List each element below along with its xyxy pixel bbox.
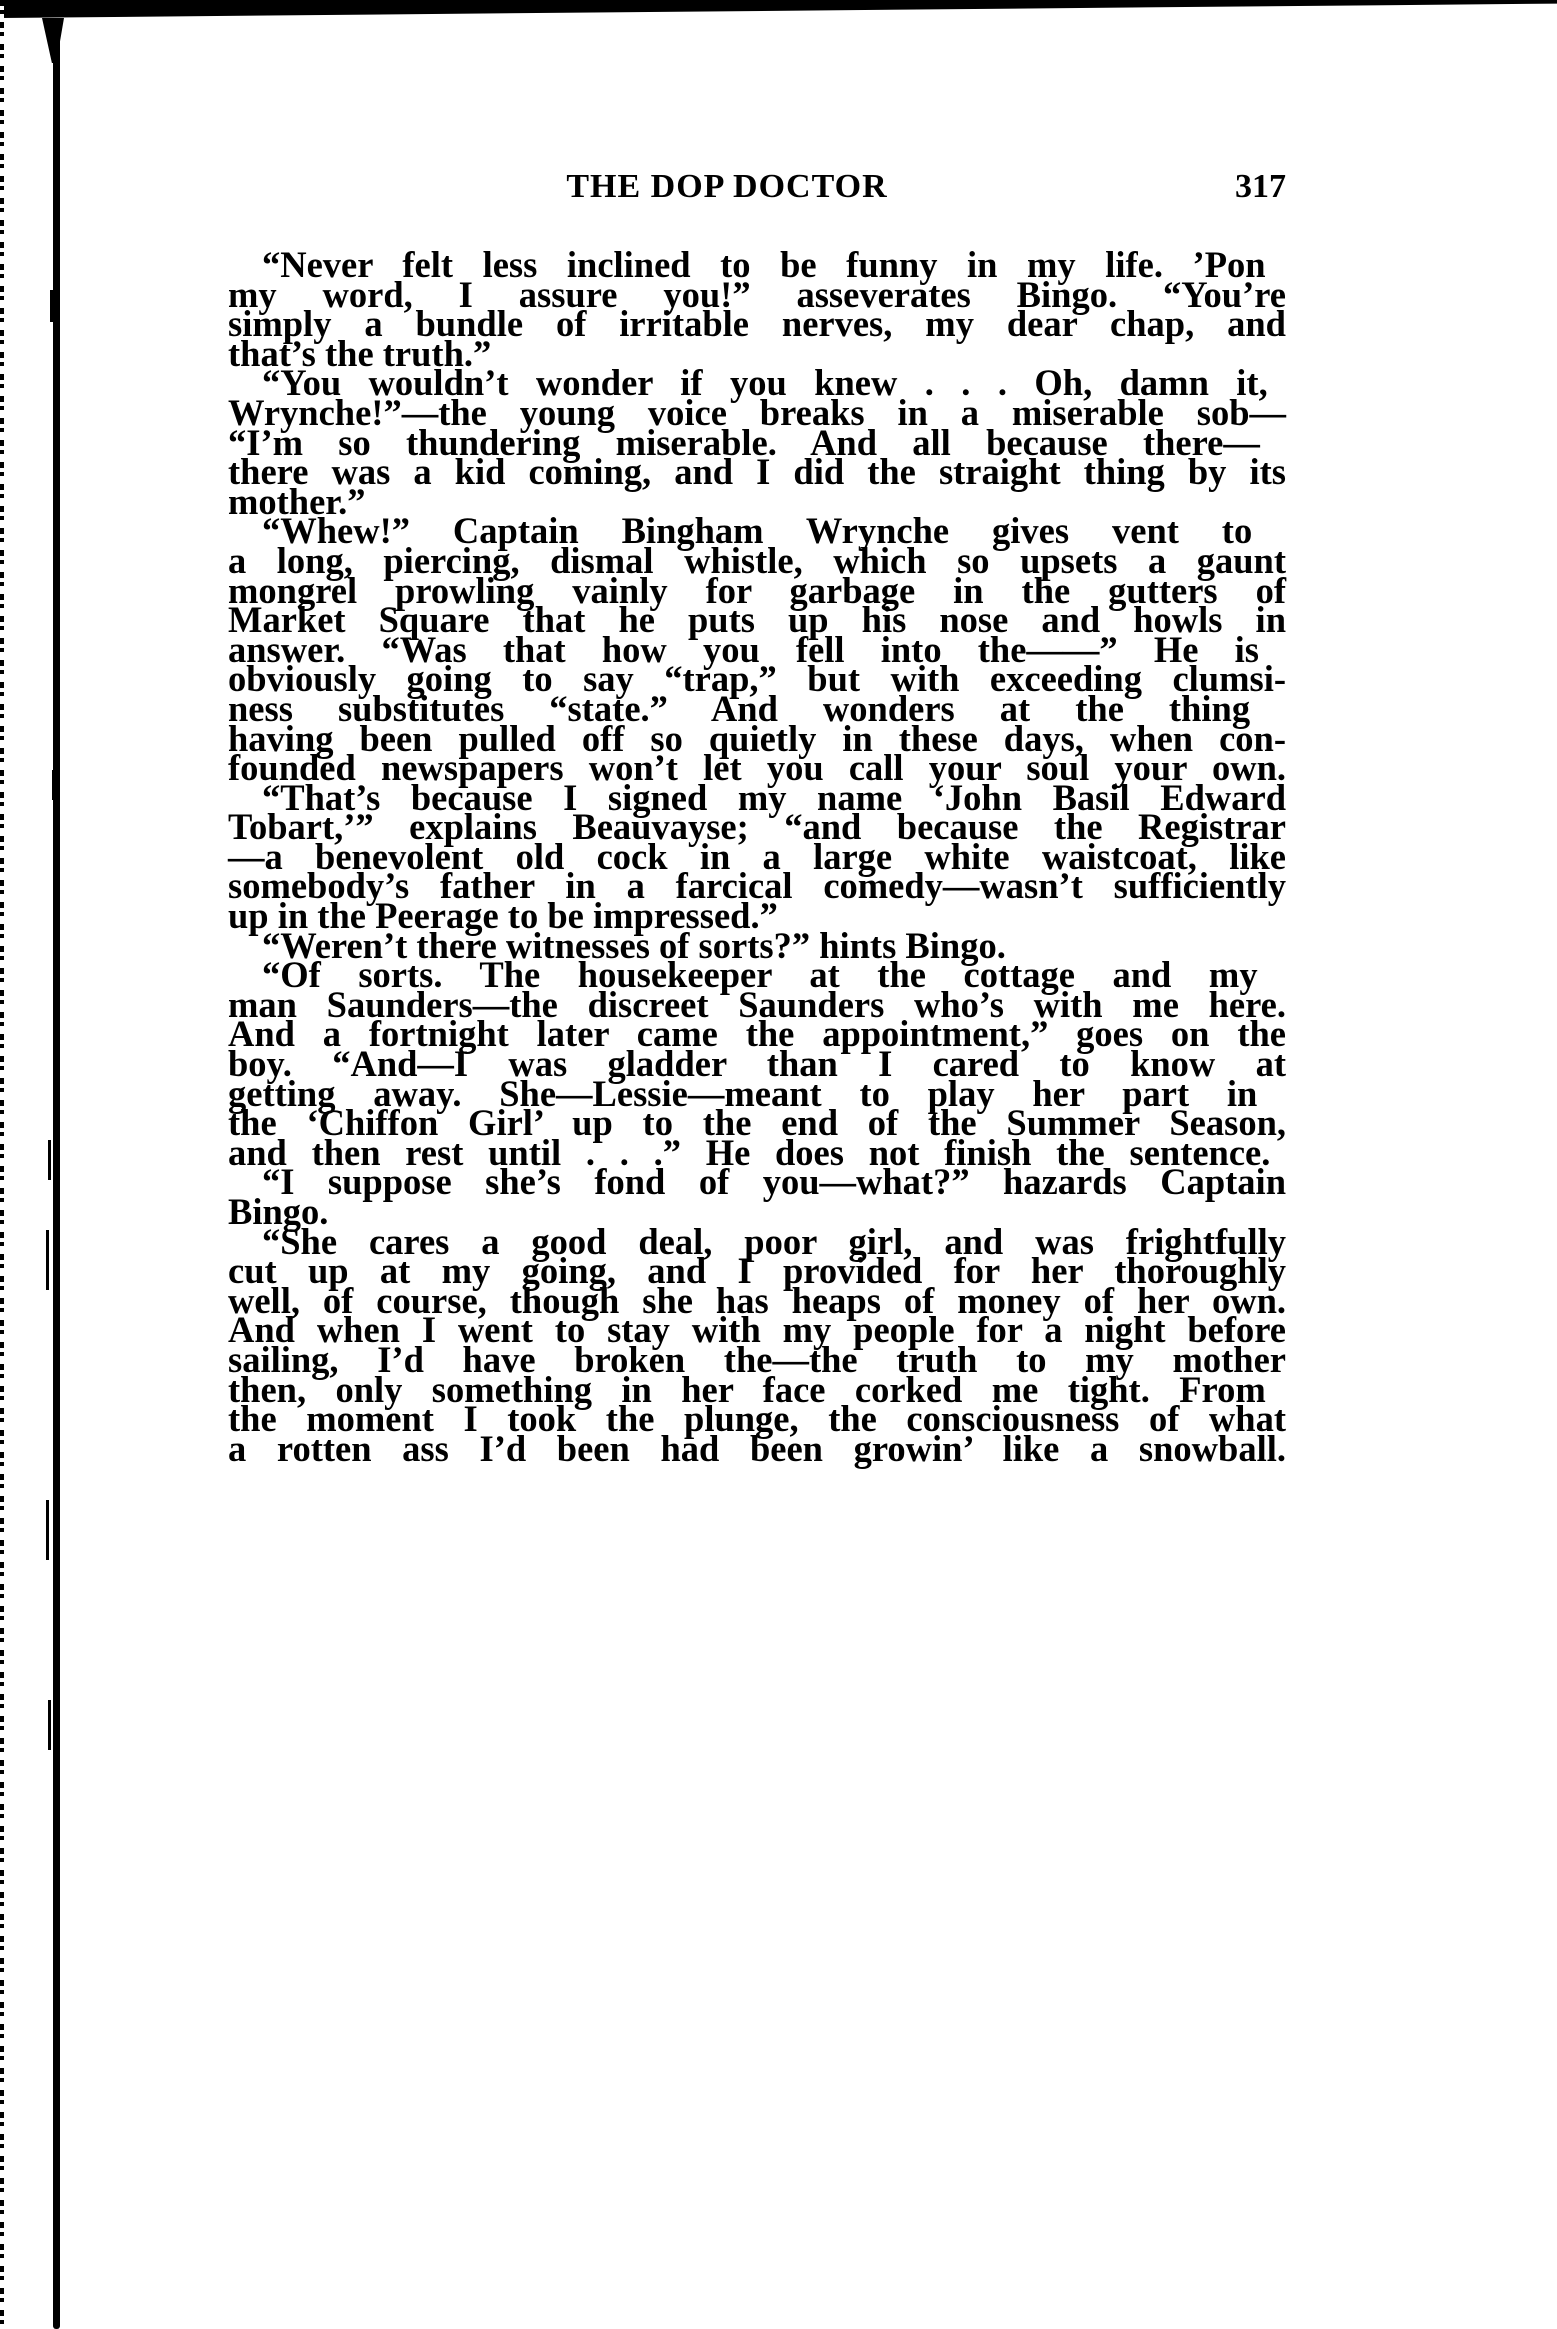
margin-mark <box>48 1700 51 1750</box>
text-line: “I suppose she’s fond of you—what?” haza… <box>228 1167 1286 1197</box>
scan-top-edge <box>0 0 1557 18</box>
running-head: THE DOP DOCTOR 317 <box>228 168 1286 228</box>
binding-gutter-line <box>53 18 60 2329</box>
text-line: there was a kid coming, and I did the st… <box>228 457 1286 487</box>
margin-mark <box>46 1230 49 1290</box>
text-line: a rotten ass I’d been had been growin’ l… <box>228 1434 1286 1464</box>
page-number: 317 <box>1235 168 1286 206</box>
margin-mark <box>52 770 57 800</box>
margin-mark <box>48 1140 51 1180</box>
margin-mark <box>50 290 53 322</box>
body-text: “Never felt less inclined to be funny in… <box>228 250 1286 1463</box>
margin-mark <box>46 1500 49 1560</box>
scan-left-edge <box>0 0 4 2329</box>
running-title: THE DOP DOCTOR <box>228 168 1226 206</box>
book-page: THE DOP DOCTOR 317 “Never felt less incl… <box>228 168 1286 1463</box>
